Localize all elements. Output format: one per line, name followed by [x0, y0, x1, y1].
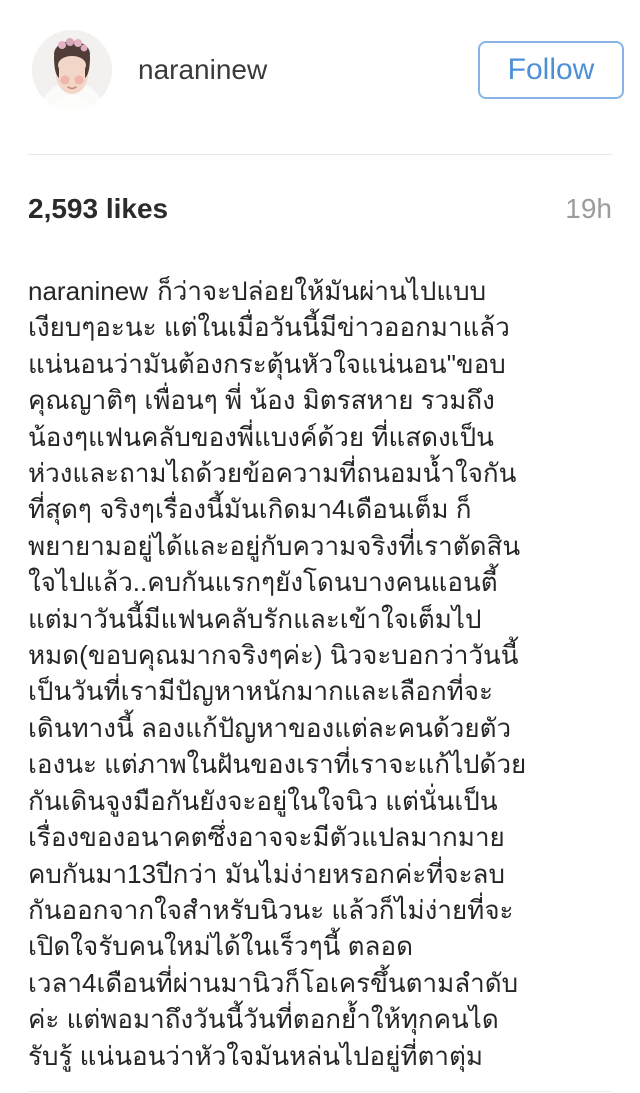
caption-line: เวลา4เดือนที่ผ่านมานิวก็โอเครขึ้นตามลำดั…: [28, 965, 612, 1001]
caption-line: ห่วงและถามไถด้วยข้อความที่ถนอมน้ำใจกัน: [28, 455, 612, 491]
header-username[interactable]: naraninew: [138, 54, 267, 86]
caption-line: เรื่องของอนาคตซึ่งอาจจะมีตัวแปลมากมาย: [28, 819, 612, 855]
caption-line: ค่ะ แต่พอมาถึงวันนี้วันที่ตอกย้ำให้ทุกคน…: [28, 1001, 612, 1037]
caption-line: หมด(ขอบคุณมากจริงๆค่ะ) นิวจะบอกว่าวันนี้: [28, 637, 612, 673]
caption-username[interactable]: naraninew: [28, 276, 148, 306]
caption-line: กันออกจากใจสำหรับนิวนะ แล้วก็ไม่ง่ายที่จ…: [28, 892, 612, 928]
caption-line: คบกันมา13ปีกว่า มันไม่ง่ายหรอกค่ะที่จะลบ: [28, 856, 612, 892]
caption-line-text: ก็ว่าจะปล่อยให้มันผ่านไปแบบ: [157, 276, 486, 306]
post-header: naraninew Follow: [0, 0, 640, 110]
caption-line: เดินทางนี้ ลองแก้ปัญหาของแต่ละคนด้วยตัว: [28, 710, 612, 746]
caption-line: คุณญาติๆ เพื่อนๆ พี่ น้อง มิตรสหาย รวมถึ…: [28, 382, 612, 418]
caption-line: เองนะ แต่ภาพในฝันของเราที่เราจะแก้ไปด้วย: [28, 746, 612, 782]
caption-line: แน่นอนว่ามันต้องกระตุ้นหัวใจแน่นอน"ขอบ: [28, 346, 612, 382]
avatar-image: [32, 30, 112, 110]
caption-line: รับรู้ แน่นอนว่าหัวใจมันหล่นไปอยู่ที่ตาต…: [28, 1038, 612, 1074]
avatar[interactable]: [32, 30, 112, 110]
likes-count[interactable]: 2,593 likes: [28, 193, 168, 225]
caption-line: กันเดินจูงมือกันยังจะอยู่ในใจนิว แต่นั่น…: [28, 783, 612, 819]
caption-line: แต่มาวันนี้มีแฟนคลับรักและเข้าใจเต็มไป: [28, 601, 612, 637]
caption-line: พยายามอยู่ได้และอยู่กับความจริงที่เราตัด…: [28, 528, 612, 564]
caption-line: เงียบๆอะนะ แต่ในเมื่อวันนี้มีข่าวออกมาแล…: [28, 309, 612, 345]
caption-line: เป็นวันที่เรามีปัญหาหนักมากและเลือกที่จะ: [28, 673, 612, 709]
timestamp: 19h: [565, 193, 612, 225]
caption: naraninewก็ว่าจะปล่อยให้มันผ่านไปแบบ เงี…: [0, 273, 640, 1074]
caption-line: ที่สุดๆ จริงๆเรื่องนี้มันเกิดมา4เดือนเต็…: [28, 491, 612, 527]
stats-row: 2,593 likes 19h: [0, 155, 640, 225]
caption-line: น้องๆแฟนคลับของพี่แบงค์ด้วย ที่แสดงเป็น: [28, 419, 612, 455]
caption-line: ใจไปแล้ว..คบกันแรกๆยังโดนบางคนแอนตี้: [28, 564, 612, 600]
follow-button[interactable]: Follow: [478, 41, 624, 99]
caption-lines: เงียบๆอะนะ แต่ในเมื่อวันนี้มีข่าวออกมาแล…: [28, 309, 612, 1074]
bottom-divider: [28, 1091, 612, 1092]
caption-line: เปิดใจรับคนใหม่ได้ในเร็วๆนี้ ตลอด: [28, 928, 612, 964]
instagram-post-card: naraninew Follow 2,593 likes 19h naranin…: [0, 0, 640, 1093]
caption-first-line: naraninewก็ว่าจะปล่อยให้มันผ่านไปแบบ: [28, 273, 612, 309]
